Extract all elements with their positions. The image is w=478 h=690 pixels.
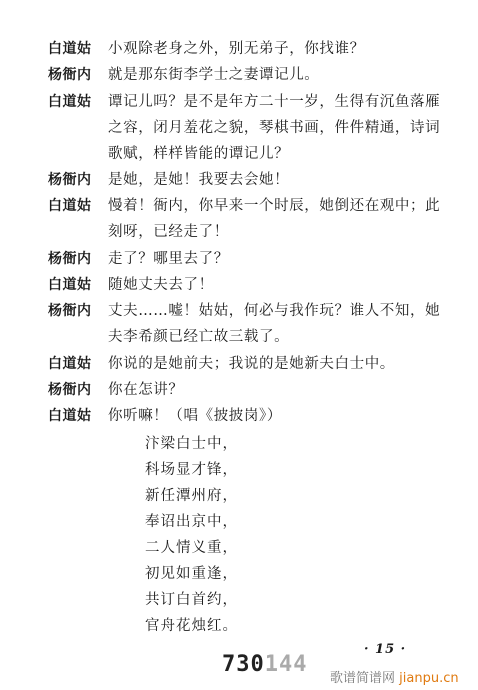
watermark-text: 歌谱简谱网	[330, 671, 395, 686]
verse-line: 科场显才锋，	[145, 457, 238, 483]
speaker-name: 杨衙内	[48, 167, 104, 193]
stamp-digits-faded: 144	[265, 652, 308, 677]
speech-line: 随她丈夫去了！	[108, 272, 463, 298]
verse-line: 汴梁白士中，	[145, 431, 238, 457]
catalog-stamp: 730144	[222, 652, 308, 677]
speech-line: 慢着！衙内，你早来一个时辰，她倒还在观中；此	[108, 193, 463, 219]
speech-line: 是她，是她！我要去会她！	[108, 167, 463, 193]
verse-line: 奉诏出京中，	[145, 509, 238, 535]
speech-line: 你说的是她前夫；我说的是她新夫白士中。	[108, 351, 463, 377]
watermark-site: jianpu.cn	[399, 671, 458, 686]
speech-line: 走了？哪里去了？	[108, 246, 463, 272]
speaker-name: 白道姑	[48, 89, 104, 115]
speaker-name: 白道姑	[48, 36, 104, 62]
speech-line: 谭记儿吗？是不是年方二十一岁，生得有沉鱼落雁	[108, 89, 463, 115]
speaker-name: 白道姑	[48, 193, 104, 219]
speech-line: 之容，闭月羞花之貌，琴棋书画，件件精通，诗词	[108, 115, 463, 141]
speaker-name: 白道姑	[48, 403, 104, 429]
speech-line: 刻呀，已经走了！	[108, 219, 463, 245]
watermark: 歌谱简谱网 jianpu.cn	[330, 667, 459, 686]
verse-line: 二人情义重，	[145, 535, 238, 561]
speaker-name: 杨衙内	[48, 377, 104, 403]
stamp-digits: 730	[222, 652, 265, 677]
speech-line: 你听嘛！（唱《披披岗》）	[108, 403, 463, 429]
speech-line: 歌赋，样样皆能的谭记儿？	[108, 141, 463, 167]
verse-line: 官舟花烛红。	[145, 613, 238, 639]
speech-line: 就是那东街李学士之妻谭记儿。	[108, 62, 463, 88]
verse-line: 共订白首约，	[145, 587, 238, 613]
speaker-name: 白道姑	[48, 272, 104, 298]
speech-line: 你在怎讲？	[108, 377, 463, 403]
speaker-name: 杨衙内	[48, 62, 104, 88]
speech-line: 丈夫……嘘！姑姑，何必与我作玩？谁人不知，她	[108, 298, 463, 324]
speech-line: 小观除老身之外，别无弟子，你找谁？	[108, 36, 463, 62]
speaker-name: 白道姑	[48, 351, 104, 377]
page-number: · 15 ·	[364, 642, 406, 657]
speech-line: 夫李希颜已经亡故三载了。	[108, 324, 463, 350]
speaker-name: 杨衙内	[48, 298, 104, 324]
verse-line: 新任潭州府，	[145, 483, 238, 509]
document-page: 白道姑 小观除老身之外，别无弟子，你找谁？ 杨衙内 就是那东街李学士之妻谭记儿。…	[0, 0, 478, 690]
speaker-name: 杨衙内	[48, 246, 104, 272]
verse-line: 初见如重逢，	[145, 561, 238, 587]
